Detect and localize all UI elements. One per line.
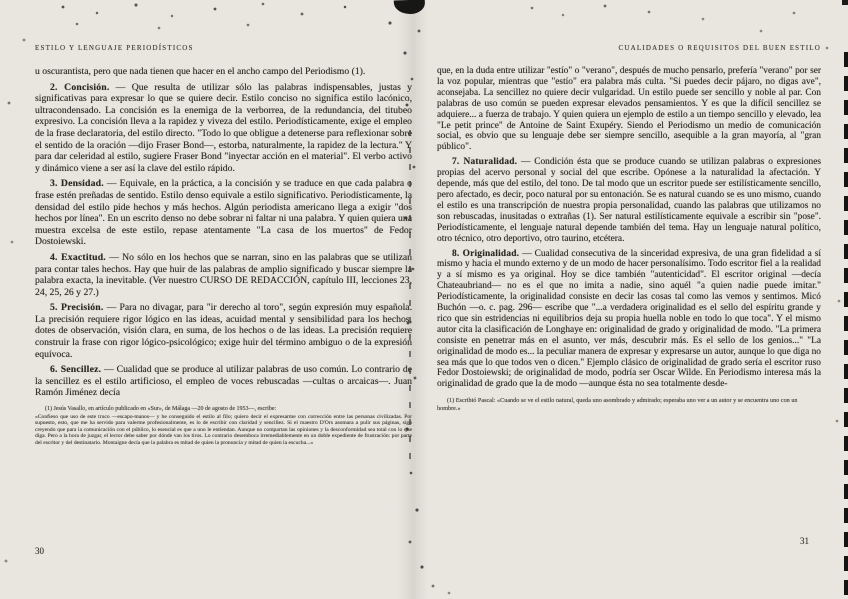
left-body-text: u oscurantista, pero que nada tienen que…	[35, 66, 412, 399]
paragraph-number-title: 5. Precisión.	[50, 302, 103, 313]
paragraph-number-title: 2. Concisión.	[50, 82, 110, 93]
paragraph: 2. Concisión. — Que resulta de utilizar …	[35, 82, 412, 175]
paragraph-text: u oscurantista, pero que nada tienen que…	[35, 66, 365, 77]
paragraph-text: — Cualidad consecutiva de la sinceridad …	[437, 249, 821, 390]
paragraph-text: — Condición ésta que se produce cuando s…	[437, 157, 821, 243]
scan-right-edge-artifact	[844, 52, 848, 599]
paragraph: 4. Exactitud. — No sólo en los hechos qu…	[35, 252, 412, 298]
paragraph: 5. Precisión. — Para no divagar, para "i…	[35, 302, 412, 360]
paragraph: que, en la duda entre utilizar "estío" o…	[437, 66, 821, 153]
paragraph-number-title: 6. Sencillez.	[50, 364, 101, 375]
right-page-number: 31	[800, 536, 809, 546]
paragraph-text: que, en la duda entre utilizar "estío" o…	[437, 66, 821, 152]
right-body-text: que, en la duda entre utilizar "estío" o…	[437, 66, 821, 390]
paragraph: 6. Sencillez. — Cualidad que se produce …	[35, 364, 412, 399]
paragraph-number-title: 4. Exactitud.	[50, 252, 106, 263]
footnote-citation: (1) Escribió Pascal: «Cuando se ve el es…	[437, 397, 821, 412]
left-page-number: 30	[35, 546, 44, 556]
paragraph: u oscurantista, pero que nada tienen que…	[35, 66, 412, 78]
left-page: ESTILO Y LENGUAJE PERIODÍSTICOS u oscura…	[35, 44, 412, 446]
footnote-quote: «Confieso que uso de este truco —escapo-…	[35, 414, 412, 446]
paragraph: 7. Naturalidad. — Condición ésta que se …	[437, 157, 821, 244]
footnote-citation: (1) Jesús Vasallo, en artículo publicado…	[35, 406, 412, 413]
paragraph-number-title: 3. Densidad.	[50, 178, 104, 189]
paragraph: 8. Originalidad. — Cualidad consecutiva …	[437, 249, 821, 391]
scan-ink-blob	[394, 0, 425, 15]
left-footnote: (1) Jesús Vasallo, en artículo publicado…	[35, 406, 412, 446]
scan-corner-mark	[842, 0, 848, 5]
right-page: CUALIDADES O REQUISITOS DEL BUEN ESTILO …	[437, 44, 821, 412]
paragraph-number-title: 7. Naturalidad.	[452, 157, 517, 167]
right-running-head: CUALIDADES O REQUISITOS DEL BUEN ESTILO	[437, 44, 821, 52]
right-footnote: (1) Escribió Pascal: «Cuando se ve el es…	[437, 397, 821, 412]
paragraph-number-title: 8. Originalidad.	[452, 249, 519, 259]
left-running-head: ESTILO Y LENGUAJE PERIODÍSTICOS	[35, 44, 412, 52]
paragraph: 3. Densidad. — Equivale, en la práctica,…	[35, 178, 412, 248]
book-scan: ESTILO Y LENGUAJE PERIODÍSTICOS u oscura…	[0, 0, 848, 599]
binding-seam-artifact	[409, 130, 411, 460]
paragraph-text: — Que resulta de utilizar sólo las palab…	[35, 82, 412, 174]
scan-noise-speckles	[0, 0, 2, 2]
